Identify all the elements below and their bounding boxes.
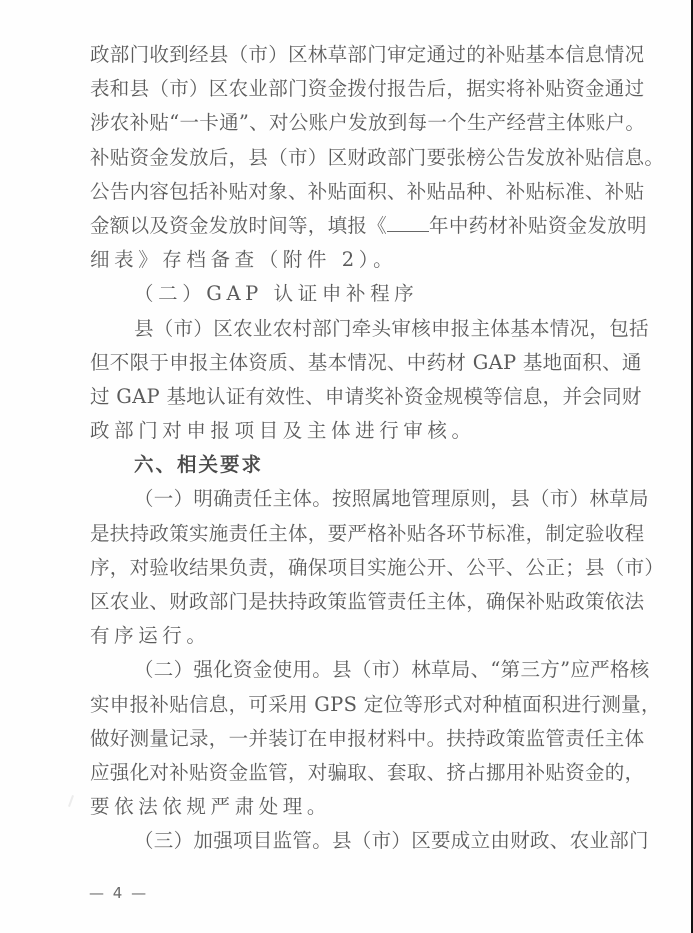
paragraph-line: 政部门对申报项目及主体进行审核。 bbox=[90, 414, 614, 448]
paragraph-line: 表和县（市）区农业部门资金拨付报告后，据实将补贴资金通过 bbox=[90, 72, 614, 106]
paragraph-line: （三）加强项目监管。县（市）区要成立由财政、农业部门 bbox=[90, 824, 614, 858]
paragraph-line: 公告内容包括补贴对象、补贴面积、补贴品种、补贴标准、补贴 bbox=[90, 175, 614, 209]
paragraph-line: 细表》存档备查（附件 2）。 bbox=[90, 243, 614, 277]
paragraph-line: 序，对验收结果负责，确保项目实施公开、公平、公正；县（市） bbox=[90, 551, 614, 585]
paragraph-line-with-blank: 金额以及资金发放时间等，填报《年中药材补贴资金发放明 bbox=[90, 209, 614, 243]
paragraph-line: 涉农补贴“一卡通”、对公账户发放到每一个生产经营主体账户。 bbox=[90, 106, 614, 140]
fill-in-blank bbox=[387, 213, 429, 232]
paragraph-line: 做好测量记录，一并装订在申报材料中。扶持政策监管责任主体 bbox=[90, 722, 614, 756]
paragraph-line: 应强化对补贴资金监管，对骗取、套取、挤占挪用补贴资金的， bbox=[90, 756, 614, 790]
line-text-after-blank: 年中药材补贴资金发放明 bbox=[429, 214, 647, 237]
paragraph-line: 有序运行。 bbox=[90, 619, 614, 653]
document-page: 政部门收到经县（市）区林草部门审定通过的补贴基本信息情况 表和县（市）区农业部门… bbox=[0, 0, 691, 933]
section-heading: 六、相关要求 bbox=[90, 448, 614, 482]
paragraph-line: 政部门收到经县（市）区林草部门审定通过的补贴基本信息情况 bbox=[90, 38, 614, 72]
paragraph-line: （一）明确责任主体。按照属地管理原则，县（市）林草局 bbox=[90, 482, 614, 516]
paragraph-line: 是扶持政策实施责任主体，要严格补贴各环节标准，制定验收程 bbox=[90, 517, 614, 551]
paragraph-line: （二）强化资金使用。县（市）林草局、“第三方”应严格核 bbox=[90, 653, 614, 687]
paragraph-line: 实申报补贴信息，可采用 GPS 定位等形式对种植面积进行测量， bbox=[90, 688, 614, 722]
paragraph-line: 过 GAP 基地认证有效性、申请奖补资金规模等信息，并会同财 bbox=[90, 380, 614, 414]
paragraph-line: 县（市）区农业农村部门牵头审核申报主体基本情况，包括 bbox=[90, 312, 614, 346]
subsection-title-gap: （二）GAP 认证申补程序 bbox=[90, 277, 614, 311]
paragraph-line: 区农业、财政部门是扶持政策监管责任主体，确保补贴政策依法 bbox=[90, 585, 614, 619]
scan-artifact bbox=[68, 795, 74, 807]
page-number: — 4 — bbox=[89, 884, 148, 902]
paragraph-line: 补贴资金发放后，县（市）区财政部门要张榜公告发放补贴信息。 bbox=[90, 141, 614, 175]
paragraph-line: 但不限于申报主体资质、基本情况、中药材 GAP 基地面积、通 bbox=[90, 346, 614, 380]
line-text-before-blank: 金额以及资金发放时间等，填报《 bbox=[90, 214, 387, 237]
paragraph-line: 要依法依规严肃处理。 bbox=[90, 790, 614, 824]
document-body: 政部门收到经县（市）区林草部门审定通过的补贴基本信息情况 表和县（市）区农业部门… bbox=[90, 38, 614, 859]
